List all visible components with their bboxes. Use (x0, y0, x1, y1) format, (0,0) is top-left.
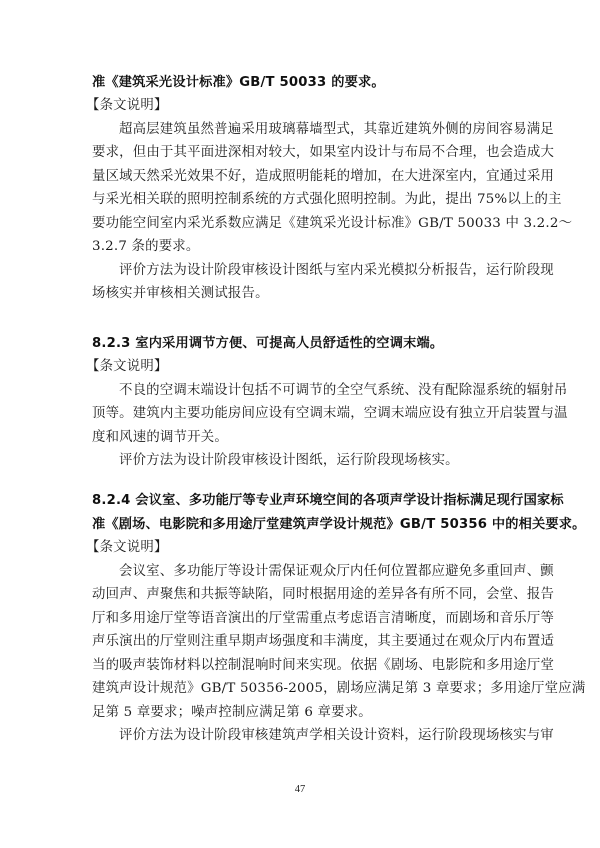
clause-explanation-label: 【条文说明】 (86, 357, 498, 377)
document-page: 准《建筑采光设计标准》GB/T 50033 的要求。 【条文说明】 超高层建筑虽… (0, 0, 600, 848)
paragraph-line: 与采光相关联的照明控制系统的方式强化照明控制。为此，提出 75%以上的主 (92, 190, 504, 210)
evaluation-method-line: 评价方法为设计阶段审核设计图纸，运行阶段现场核实。 (119, 451, 504, 471)
paragraph-line: 声乐演出的厅堂则注重早期声场强度和丰满度，其主要通过在观众厅内布置适 (92, 632, 504, 652)
paragraph-line: 顶等。建筑内主要功能房间应设有空调末端，空调末端应设有独立开启装置与温 (92, 404, 504, 424)
clause-heading-8-2-4-cont: 准《剧场、电影院和多用途厅堂建筑声学设计规范》GB/T 50356 中的相关要求… (92, 515, 504, 535)
paragraph-line: 建筑声设计规范》GB/T 50356-2005，剧场应满足第 3 章要求；多用途… (92, 679, 504, 699)
paragraph-line: 厅和多用途厅堂等语音演出的厅堂需重点考虑语言清晰度，而剧场和音乐厅等 (92, 609, 504, 629)
clause-explanation-label: 【条文说明】 (86, 96, 498, 116)
paragraph-line: 要求，但由于其平面进深相对较大，如果室内设计与布局不合理，也会造成大 (92, 143, 504, 163)
paragraph-line: 动回声、声聚焦和共振等缺陷，同时根据用途的差异各有所不同，会堂、报告 (92, 585, 504, 605)
paragraph-line: 足第 5 章要求；噪声控制应满足第 6 章要求。 (92, 703, 504, 723)
evaluation-method-line: 评价方法为设计阶段审核建筑声学相关设计资料，运行阶段现场核实与审 (119, 726, 504, 746)
paragraph-line: 3.2.7 条的要求。 (92, 237, 504, 257)
clause-heading-continuation: 准《建筑采光设计标准》GB/T 50033 的要求。 (92, 73, 504, 93)
evaluation-method-line: 评价方法为设计阶段审核设计图纸与室内采光模拟分析报告，运行阶段现 (119, 261, 504, 281)
paragraph-line: 要功能空间室内采光系数应满足《建筑采光设计标准》GB/T 50033 中 3.2… (92, 214, 504, 234)
paragraph-line: 度和风速的调节开关。 (92, 428, 504, 448)
paragraph-line: 会议室、多功能厅等设计需保证观众厅内任何位置都应避免多重回声、颤 (119, 562, 504, 582)
page-number: 47 (285, 784, 315, 795)
paragraph-line: 量区域天然采光效果不好，造成照明能耗的增加，在大进深室内，宜通过采用 (92, 167, 504, 187)
paragraph-line: 不良的空调末端设计包括不可调节的全空气系统、没有配除湿系统的辐射吊 (119, 381, 504, 401)
paragraph-line: 超高层建筑虽然普遍采用玻璃幕墙型式，其靠近建筑外侧的房间容易满足 (119, 120, 504, 140)
clause-heading-8-2-4: 8.2.4 会议室、多功能厅等专业声环境空间的各项声学设计指标满足现行国家标 (92, 491, 504, 511)
clause-explanation-label: 【条文说明】 (86, 538, 498, 558)
evaluation-method-line: 场核实并审核相关测试报告。 (92, 284, 504, 304)
paragraph-line: 当的吸声装饰材料以控制混响时间来实现。依据《剧场、电影院和多用途厅堂 (92, 656, 504, 676)
clause-heading-8-2-3: 8.2.3 室内采用调节方便、可提高人员舒适性的空调末端。 (92, 334, 504, 354)
